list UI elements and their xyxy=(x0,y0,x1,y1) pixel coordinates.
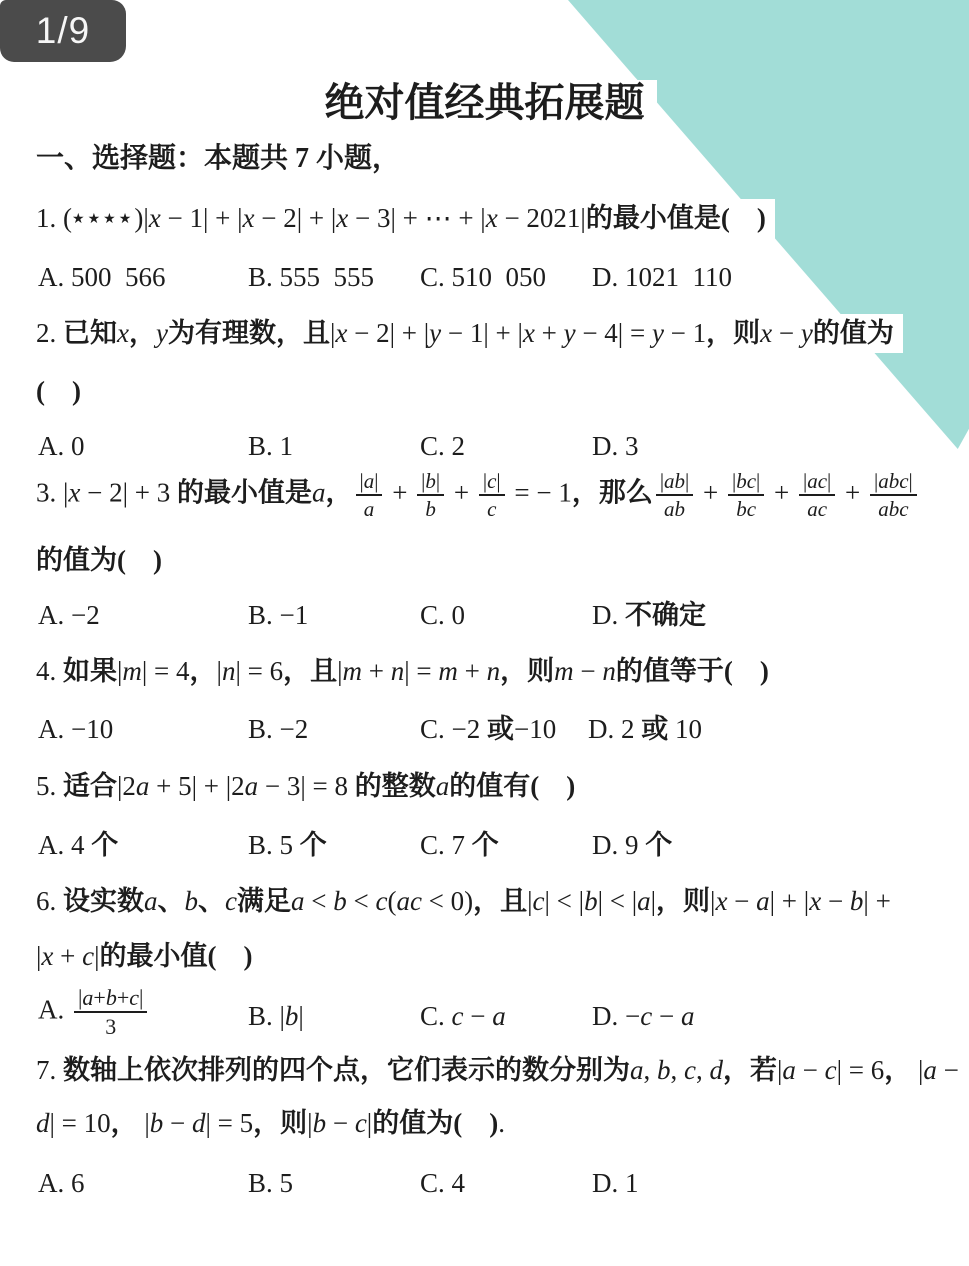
question-5-option-d: D. 9 个 xyxy=(592,826,681,865)
question-3-option-a: A. −2 xyxy=(38,596,109,635)
question-2-text-line-1: 2. 已知x，y为有理数，且|x − 2| + |y − 1| + |x + y… xyxy=(36,314,903,353)
question-3-option-b: B. −1 xyxy=(248,596,317,635)
fraction: |bc|bc xyxy=(728,469,764,521)
question-1-option-d: D. 1021 110 xyxy=(592,258,741,297)
fraction: |c|c xyxy=(479,469,505,521)
question-4-option-a: A. −10 xyxy=(38,710,122,749)
question-6-option-a: A. |a+b+c|3 xyxy=(38,984,159,1042)
question-6-option-c: C. c − a xyxy=(420,997,515,1036)
question-4-text: 4. 如果|m| = 4，|n| = 6，且|m + n| = m + n，则m… xyxy=(36,652,778,691)
question-5-option-a: A. 4 个 xyxy=(38,826,127,865)
question-2-option-b: B. 1 xyxy=(248,427,302,466)
question-5-text: 5. 适合|2a + 5| + |2a − 3| = 8 的整数a的值有( ) xyxy=(36,767,584,806)
question-3-text-line-2: 的值为( ) xyxy=(36,541,171,580)
fraction: |abc|abc xyxy=(870,469,917,521)
page-title: 绝对值经典拓展题 xyxy=(313,80,657,126)
section-heading: 一、选择题：本题共 7 小题， xyxy=(36,142,408,176)
question-4-option-c: C. −2 或−10 xyxy=(420,710,565,749)
question-7-text-line-1: 7. 数轴上依次排列的四个点，它们表示的数分别为a, b, c, d，若|a −… xyxy=(36,1051,968,1090)
fraction: |b|b xyxy=(417,469,444,521)
question-6-option-d: D. −c − a xyxy=(592,997,703,1036)
question-6-text-line-1: 6. 设实数a、b、c满足a < b < c(ac < 0)，且|c| < |b… xyxy=(36,882,900,921)
question-3-option-d: D. 不确定 xyxy=(592,596,715,635)
question-7-text-line-2: d| = 10， |b − d| = 5，则|b − c|的值为( ). xyxy=(36,1104,514,1143)
fraction: |ac|ac xyxy=(799,469,835,521)
page-indicator-label: 1/9 xyxy=(36,10,90,52)
question-2-option-a: A. 0 xyxy=(38,427,94,466)
question-1-text: 1. (★★★★)|x − 1| + |x − 2| + |x − 3| + ⋯… xyxy=(36,199,775,239)
question-7-option-c: C. 4 xyxy=(420,1164,474,1203)
fraction: |ab|ab xyxy=(656,469,693,521)
question-1-option-a: A. 500 566 xyxy=(38,258,175,297)
question-5-option-b: B. 5 个 xyxy=(248,826,336,865)
question-4-option-d: D. 2 或 10 xyxy=(588,710,711,749)
question-6-option-b: B. |b| xyxy=(248,997,313,1036)
question-2-option-d: D. 3 xyxy=(592,427,648,466)
question-7-option-d: D. 1 xyxy=(592,1164,648,1203)
fraction: |a+b+c|3 xyxy=(74,985,147,1040)
question-6-text-line-2: |x + c|的最小值( ) xyxy=(36,937,262,976)
question-4-option-b: B. −2 xyxy=(248,710,317,749)
question-2-option-c: C. 2 xyxy=(420,427,474,466)
question-3-option-c: C. 0 xyxy=(420,596,474,635)
question-1-option-b: B. 555 555 xyxy=(248,258,383,297)
question-5-option-c: C. 7 个 xyxy=(420,826,508,865)
question-1-option-c: C. 510 050 xyxy=(420,258,555,297)
question-7-option-b: B. 5 xyxy=(248,1164,302,1203)
question-2-text-line-2: ( ) xyxy=(36,372,90,411)
page-indicator-badge: 1/9 xyxy=(0,0,126,62)
question-7-option-a: A. 6 xyxy=(38,1164,94,1203)
fraction: |a|a xyxy=(356,469,383,521)
question-3-text-line-1: 3. |x − 2| + 3 的最小值是a，|a|a + |b|b + |c|c… xyxy=(36,468,929,523)
